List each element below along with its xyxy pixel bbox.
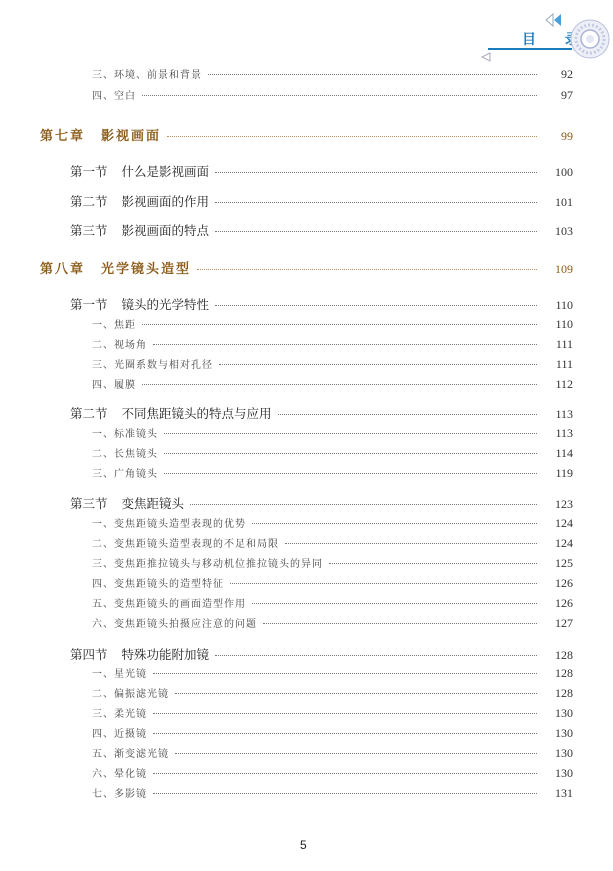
- toc-entry-number: 四、: [92, 380, 114, 391]
- toc-entry-number: 二、: [92, 539, 114, 550]
- toc-entry-title: 柔光镜: [114, 709, 147, 720]
- toc-entry-number: 第一节: [70, 297, 108, 312]
- dot-leader: [215, 202, 537, 203]
- toc-entry-label: 第八章光学镜头造型: [40, 258, 191, 277]
- toc-entry-number: 第三节: [70, 223, 108, 238]
- toc-page-number: 113: [543, 426, 573, 441]
- toc-entry-title: 偏振滤光镜: [114, 689, 169, 700]
- dot-leader: [153, 733, 537, 734]
- dot-leader: [197, 269, 537, 270]
- toc-entry-number: 一、: [92, 669, 114, 680]
- toc-entry-label: 二、变焦距镜头造型表现的不足和局限: [92, 535, 279, 550]
- toc-entry-title: 影视画面: [101, 129, 161, 144]
- toc-entry-label: 五、变焦距镜头的画面造型作用: [92, 595, 246, 610]
- dot-leader: [153, 793, 537, 794]
- toc-entry-number: 第四节: [70, 647, 108, 662]
- toc-entry-title: 镜头的光学特性: [122, 297, 210, 312]
- toc-entry-number: 四、: [92, 729, 114, 740]
- toc-entry-number: 三、: [92, 70, 114, 81]
- toc-item-row[interactable]: 七、多影镜131: [0, 785, 613, 801]
- dot-leader: [215, 305, 537, 306]
- film-reel-icon: [570, 19, 610, 59]
- toc-entry-label: 四、近摄镜: [92, 725, 147, 740]
- toc-page-number: 127: [543, 616, 573, 631]
- toc-page-number: 131: [543, 786, 573, 801]
- dot-leader: [142, 95, 537, 96]
- dot-leader: [215, 172, 537, 173]
- toc-entry-label: 二、视场角: [92, 336, 147, 351]
- toc-page-number: 101: [543, 195, 573, 210]
- toc-entry-number: 第三节: [70, 496, 108, 511]
- toc-entry-number: 一、: [92, 519, 114, 530]
- toc-entry-title: 星光镜: [114, 669, 147, 680]
- toc-page-number: 128: [543, 686, 573, 701]
- toc-entry-label: 六、变焦距镜头拍摄应注意的问题: [92, 615, 257, 630]
- dot-leader: [215, 655, 537, 656]
- toc-entry-title: 变焦距镜头拍摄应注意的问题: [114, 619, 257, 630]
- toc-page-number: 130: [543, 746, 573, 761]
- toc-page-number: 130: [543, 766, 573, 781]
- toc-item-row[interactable]: 四、空白97: [0, 87, 613, 103]
- toc-page-number: 128: [543, 648, 573, 663]
- toc-page-number: 100: [543, 165, 573, 180]
- dot-leader: [164, 453, 537, 454]
- toc-page-number: 128: [543, 666, 573, 681]
- toc-entry-number: 三、: [92, 709, 114, 720]
- dot-leader: [263, 623, 537, 624]
- dot-leader: [164, 433, 537, 434]
- toc-item-row[interactable]: 四、近摄镜130: [0, 725, 613, 741]
- toc-entry-number: 四、: [92, 91, 114, 102]
- toc-entry-title: 环境、前景和背景: [114, 70, 202, 81]
- toc-entry-number: 第八章: [40, 262, 85, 277]
- toc-page-number: 109: [543, 262, 573, 277]
- toc-section-row[interactable]: 第一节镜头的光学特性110: [0, 295, 613, 313]
- toc-entry-number: 六、: [92, 619, 114, 630]
- toc-entry-title: 视场角: [114, 340, 147, 351]
- toc-entry-number: 六、: [92, 769, 114, 780]
- toc-entry-title: 近摄镜: [114, 729, 147, 740]
- toc-page-number: 126: [543, 596, 573, 611]
- toc-item-row[interactable]: 一、焦距110: [0, 316, 613, 332]
- toc-entry-number: 二、: [92, 449, 114, 460]
- toc-entry-number: 第二节: [70, 406, 108, 421]
- dot-leader: [142, 324, 537, 325]
- toc-entry-number: 一、: [92, 429, 114, 440]
- toc-item-row[interactable]: 五、渐变滤光镜130: [0, 745, 613, 761]
- toc-page-number: 123: [543, 497, 573, 512]
- toc-page-number: 124: [543, 536, 573, 551]
- dot-leader: [153, 773, 537, 774]
- toc-entry-title: 长焦镜头: [114, 449, 158, 460]
- toc-entry-number: 四、: [92, 579, 114, 590]
- toc-entry-title: 变焦距推拉镜头与移动机位推拉镜头的异同: [114, 559, 323, 570]
- toc-item-row[interactable]: 三、环境、前景和背景92: [0, 66, 613, 82]
- toc-page-number: 103: [543, 224, 573, 239]
- toc-entry-number: 二、: [92, 340, 114, 351]
- dot-leader: [153, 344, 537, 345]
- toc-entry-label: 第四节特殊功能附加镜: [70, 645, 209, 663]
- toc-item-row[interactable]: 二、偏振滤光镜128: [0, 685, 613, 701]
- toc-entry-label: 一、星光镜: [92, 665, 147, 680]
- toc-entry-label: 三、光圈系数与相对孔径: [92, 356, 213, 371]
- toc-entry-label: 第一节镜头的光学特性: [70, 295, 209, 313]
- toc-item-row[interactable]: 一、星光镜128: [0, 665, 613, 681]
- toc-page-number: 111: [543, 357, 573, 372]
- toc-entry-label: 七、多影镜: [92, 785, 147, 800]
- dot-leader: [153, 713, 537, 714]
- dot-leader: [175, 753, 537, 754]
- toc-page-number: 110: [543, 298, 573, 313]
- toc-item-row[interactable]: 四、变焦距镜头的造型特征126: [0, 575, 613, 591]
- toc-item-row[interactable]: 一、标准镜头113: [0, 425, 613, 441]
- toc-entry-label: 一、标准镜头: [92, 425, 158, 440]
- toc-page-number: 92: [543, 67, 573, 82]
- dot-leader: [208, 74, 537, 75]
- toc-page-number: 130: [543, 706, 573, 721]
- dot-leader: [252, 523, 537, 524]
- toc-entry-number: 第二节: [70, 194, 108, 209]
- toc-entry-number: 一、: [92, 320, 114, 331]
- toc-entry-number: 五、: [92, 599, 114, 610]
- toc-entry-number: 二、: [92, 689, 114, 700]
- toc-entry-number: 第一节: [70, 164, 108, 179]
- toc-entry-label: 第二节不同焦距镜头的特点与应用: [70, 404, 272, 422]
- toc-entry-title: 晕化镜: [114, 769, 147, 780]
- toc-entry-label: 一、变焦距镜头造型表现的优势: [92, 515, 246, 530]
- toc-item-row[interactable]: 五、变焦距镜头的画面造型作用126: [0, 595, 613, 611]
- toc-page-number: 126: [543, 576, 573, 591]
- dot-leader: [215, 231, 537, 232]
- dot-leader: [164, 473, 537, 474]
- dot-leader: [252, 603, 537, 604]
- toc-entry-number: 七、: [92, 789, 114, 800]
- toc-entry-title: 渐变滤光镜: [114, 749, 169, 760]
- dot-leader: [167, 136, 537, 137]
- toc-entry-title: 特殊功能附加镜: [122, 647, 210, 662]
- toc-entry-label: 五、渐变滤光镜: [92, 745, 169, 760]
- toc-item-row[interactable]: 二、视场角111: [0, 336, 613, 352]
- toc-item-row[interactable]: 三、广角镜头119: [0, 465, 613, 481]
- toc-entry-title: 影视画面的特点: [122, 223, 210, 238]
- toc-section-row[interactable]: 第一节什么是影视画面100: [0, 162, 613, 180]
- toc-entry-title: 标准镜头: [114, 429, 158, 440]
- toc-section-row[interactable]: 第二节不同焦距镜头的特点与应用113: [0, 404, 613, 422]
- toc-entry-label: 第二节影视画面的作用: [70, 192, 209, 210]
- toc-entry-number: 三、: [92, 360, 114, 371]
- toc-entry-title: 广角镜头: [114, 469, 158, 480]
- toc-page-number: 97: [543, 88, 573, 103]
- toc-entry-label: 二、偏振滤光镜: [92, 685, 169, 700]
- toc-page-number: 119: [543, 466, 573, 481]
- toc-section-row[interactable]: 第二节影视画面的作用101: [0, 192, 613, 210]
- toc-entry-number: 第七章: [40, 129, 85, 144]
- toc-page-number: 124: [543, 516, 573, 531]
- dot-leader: [153, 673, 537, 674]
- toc-entry-label: 第三节影视画面的特点: [70, 221, 209, 239]
- toc-page-number: 110: [543, 317, 573, 332]
- toc-chapter-row[interactable]: 第七章影视画面99: [0, 125, 613, 144]
- toc-entry-label: 二、长焦镜头: [92, 445, 158, 460]
- toc-page-number: 112: [543, 377, 573, 392]
- toc-entry-title: 多影镜: [114, 789, 147, 800]
- toc-entry-title: 空白: [114, 91, 136, 102]
- toc-entry-title: 不同焦距镜头的特点与应用: [122, 406, 272, 421]
- dot-leader: [285, 543, 537, 544]
- page-header: 目 录: [0, 0, 613, 70]
- toc-entry-label: 四、变焦距镜头的造型特征: [92, 575, 224, 590]
- toc-entry-title: 变焦距镜头造型表现的不足和局限: [114, 539, 279, 550]
- toc-section-row[interactable]: 第三节影视画面的特点103: [0, 221, 613, 239]
- toc-item-row[interactable]: 二、长焦镜头114: [0, 445, 613, 461]
- toc-entry-title: 影视画面的作用: [122, 194, 210, 209]
- toc-item-row[interactable]: 三、光圈系数与相对孔径111: [0, 356, 613, 372]
- toc-page-number: 130: [543, 726, 573, 741]
- page-number: 5: [300, 838, 307, 852]
- toc-entry-label: 六、晕化镜: [92, 765, 147, 780]
- toc-entry-title: 光学镜头造型: [101, 262, 191, 277]
- toc-entry-title: 什么是影视画面: [122, 164, 210, 179]
- toc-entry-number: 三、: [92, 559, 114, 570]
- toc-section-row[interactable]: 第三节变焦距镜头123: [0, 494, 613, 512]
- dot-leader: [278, 414, 537, 415]
- toc-entry-label: 四、空白: [92, 87, 136, 102]
- toc-entry-title: 变焦距镜头的画面造型作用: [114, 599, 246, 610]
- dot-leader: [190, 504, 537, 505]
- toc-entry-label: 四、履膜: [92, 376, 136, 391]
- dot-leader: [142, 384, 537, 385]
- toc-entry-label: 第七章影视画面: [40, 125, 161, 144]
- dot-leader: [329, 563, 537, 564]
- toc-item-row[interactable]: 六、变焦距镜头拍摄应注意的问题127: [0, 615, 613, 631]
- dot-leader: [175, 693, 537, 694]
- toc-entry-label: 三、广角镜头: [92, 465, 158, 480]
- toc-item-row[interactable]: 六、晕化镜130: [0, 765, 613, 781]
- arrow-left-icon: [480, 52, 492, 62]
- toc-entry-title: 焦距: [114, 320, 136, 331]
- toc-entry-title: 变焦距镜头: [122, 496, 185, 511]
- toc-entry-label: 三、柔光镜: [92, 705, 147, 720]
- header-underline: [488, 48, 572, 50]
- toc-entry-title: 光圈系数与相对孔径: [114, 360, 213, 371]
- toc-chapter-row[interactable]: 第八章光学镜头造型109: [0, 258, 613, 277]
- toc-page-number: 111: [543, 337, 573, 352]
- dot-leader: [219, 364, 537, 365]
- dot-leader: [230, 583, 537, 584]
- toc-entry-number: 五、: [92, 749, 114, 760]
- toc-entry-label: 三、变焦距推拉镜头与移动机位推拉镜头的异同: [92, 555, 323, 570]
- toc-entry-title: 变焦距镜头造型表现的优势: [114, 519, 246, 530]
- toc-item-row[interactable]: 三、柔光镜130: [0, 705, 613, 721]
- toc-item-row[interactable]: 四、履膜112: [0, 376, 613, 392]
- toc-entry-label: 一、焦距: [92, 316, 136, 331]
- toc-page-number: 114: [543, 446, 573, 461]
- toc-page-number: 113: [543, 407, 573, 422]
- toc-page-number: 99: [543, 129, 573, 144]
- toc-entry-number: 三、: [92, 469, 114, 480]
- toc-section-row[interactable]: 第四节特殊功能附加镜128: [0, 645, 613, 663]
- double-arrow-left-icon: [545, 13, 563, 27]
- toc-entry-title: 变焦距镜头的造型特征: [114, 579, 224, 590]
- toc-item-row[interactable]: 一、变焦距镜头造型表现的优势124: [0, 515, 613, 531]
- toc-entry-label: 第一节什么是影视画面: [70, 162, 209, 180]
- toc-entry-title: 履膜: [114, 380, 136, 391]
- toc-page-number: 125: [543, 556, 573, 571]
- toc-entry-label: 第三节变焦距镜头: [70, 494, 184, 512]
- toc-item-row[interactable]: 三、变焦距推拉镜头与移动机位推拉镜头的异同125: [0, 555, 613, 571]
- toc-entry-label: 三、环境、前景和背景: [92, 66, 202, 81]
- toc-item-row[interactable]: 二、变焦距镜头造型表现的不足和局限124: [0, 535, 613, 551]
